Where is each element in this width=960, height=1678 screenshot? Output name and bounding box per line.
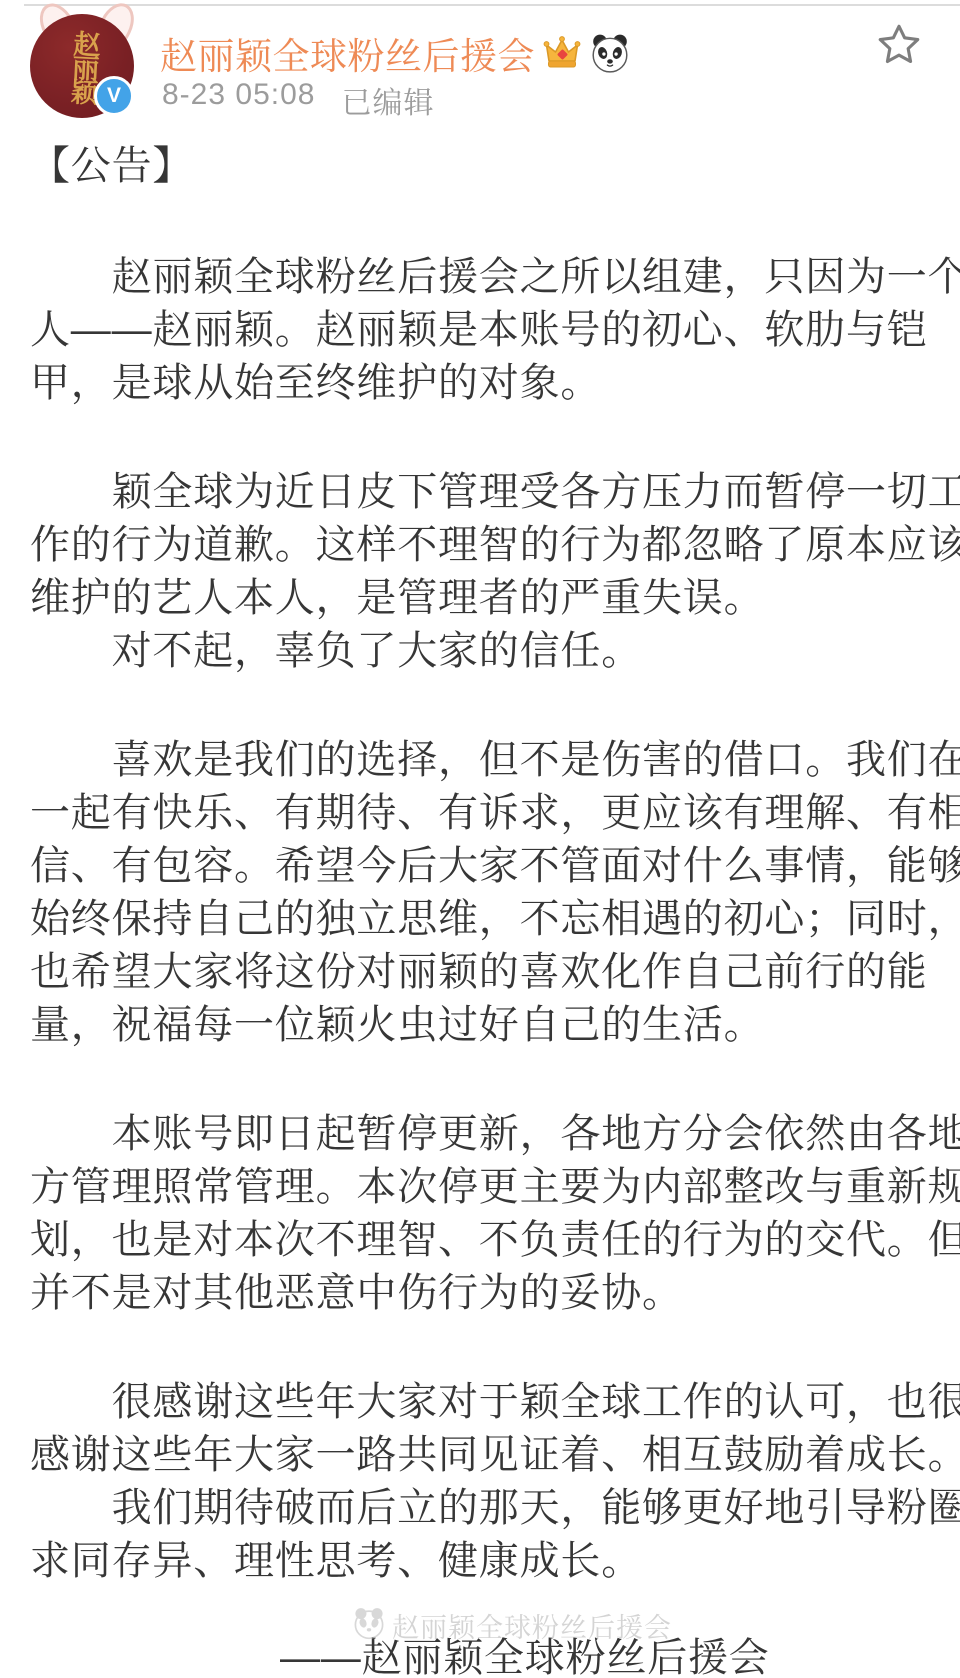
username-row: 赵丽颖全球粉丝后援会 [160, 26, 631, 80]
text-line: 求同存异、理性思考、健康成长。 [30, 1535, 942, 1588]
text-line: 喜欢是我们的选择，但不是伤害的借口。我们在 [30, 734, 942, 787]
post-meta: 8-23 05:08 已编辑 [162, 78, 434, 122]
text-line: 感谢这些年大家一路共同见证着、相互鼓励着成长。 [30, 1429, 942, 1482]
post-title: 【公告】 [30, 140, 942, 193]
text-line: 颖全球为近日皮下管理受各方压力而暂停一切工 [30, 466, 942, 519]
text-line: 对不起，辜负了大家的信任。 [30, 625, 942, 678]
paragraph: 赵丽颖全球粉丝后援会之所以组建，只因为一个 人——赵丽颖。赵丽颖是本账号的初心、… [30, 251, 942, 410]
text-line: 甲，是球从始至终维护的对象。 [30, 357, 942, 410]
text-line: 划，也是对本次不理智、不负责任的行为的交代。但 [30, 1214, 942, 1267]
text-line: 量，祝福每一位颖火虫过好自己的生活。 [30, 999, 942, 1052]
text-line: 作的行为道歉。这样不理智的行为都忽略了原本应该 [30, 519, 942, 572]
text-line: 人——赵丽颖。赵丽颖是本账号的初心、软肋与铠 [30, 304, 942, 357]
post-time: 8-23 05:08 [162, 78, 315, 122]
text-line: 很感谢这些年大家对于颖全球工作的认可，也很 [30, 1376, 942, 1429]
paragraph: 颖全球为近日皮下管理受各方压力而暂停一切工 作的行为道歉。这样不理智的行为都忽略… [30, 466, 942, 678]
crown-badge-icon[interactable] [542, 33, 582, 73]
text-line: 始终保持自己的独立思维，不忘相遇的初心；同时， [30, 893, 942, 946]
paragraph: 喜欢是我们的选择，但不是伤害的借口。我们在 一起有快乐、有期待、有诉求，更应该有… [30, 734, 942, 1052]
post-signature: ——赵丽颖全球粉丝后援会 [280, 1632, 942, 1678]
text-line: 方管理照常管理。本次停更主要为内部整改与重新规 [30, 1161, 942, 1214]
paragraph: 本账号即日起暂停更新，各地方分会依然由各地 方管理照常管理。本次停更主要为内部整… [30, 1108, 942, 1320]
text-line: 也希望大家将这份对丽颖的喜欢化作自己前行的能 [30, 946, 942, 999]
text-line: 我们期待破而后立的那天，能够更好地引导粉圈 [30, 1482, 942, 1535]
post-body: 【公告】 赵丽颖全球粉丝后援会之所以组建，只因为一个 人——赵丽颖。赵丽颖是本账… [30, 140, 942, 1678]
text-line: 赵丽颖全球粉丝后援会之所以组建，只因为一个 [30, 251, 942, 304]
edited-badge: 已编辑 [341, 78, 434, 122]
avatar[interactable]: 赵丽颖 V [30, 14, 134, 118]
text-line: 一起有快乐、有期待、有诉求，更应该有理解、有相 [30, 787, 942, 840]
text-line: 本账号即日起暂停更新，各地方分会依然由各地 [30, 1108, 942, 1161]
username-link[interactable]: 赵丽颖全球粉丝后援会 [160, 26, 535, 80]
text-line: 维护的艺人本人，是管理者的严重失误。 [30, 572, 942, 625]
text-line: 并不是对其他恶意中伤行为的妥协。 [30, 1267, 942, 1320]
panda-emoji-icon [589, 32, 631, 74]
text-line: 信、有包容。希望今后大家不管面对什么事情，能够 [30, 840, 942, 893]
avatar-calligraphy-text: 赵丽颖 [66, 29, 98, 102]
favorite-star-button[interactable] [874, 20, 924, 70]
paragraph: 很感谢这些年大家对于颖全球工作的认可，也很 感谢这些年大家一路共同见证着、相互鼓… [30, 1376, 942, 1588]
star-outline-icon [874, 20, 924, 70]
weibo-post-card: { "header": { "username": "赵丽颖全球粉丝后援会", … [0, 0, 960, 1678]
post-header: 赵丽颖 V 赵丽颖全球粉丝后援会 [0, 0, 960, 132]
verified-v-badge-icon: V [94, 76, 134, 116]
